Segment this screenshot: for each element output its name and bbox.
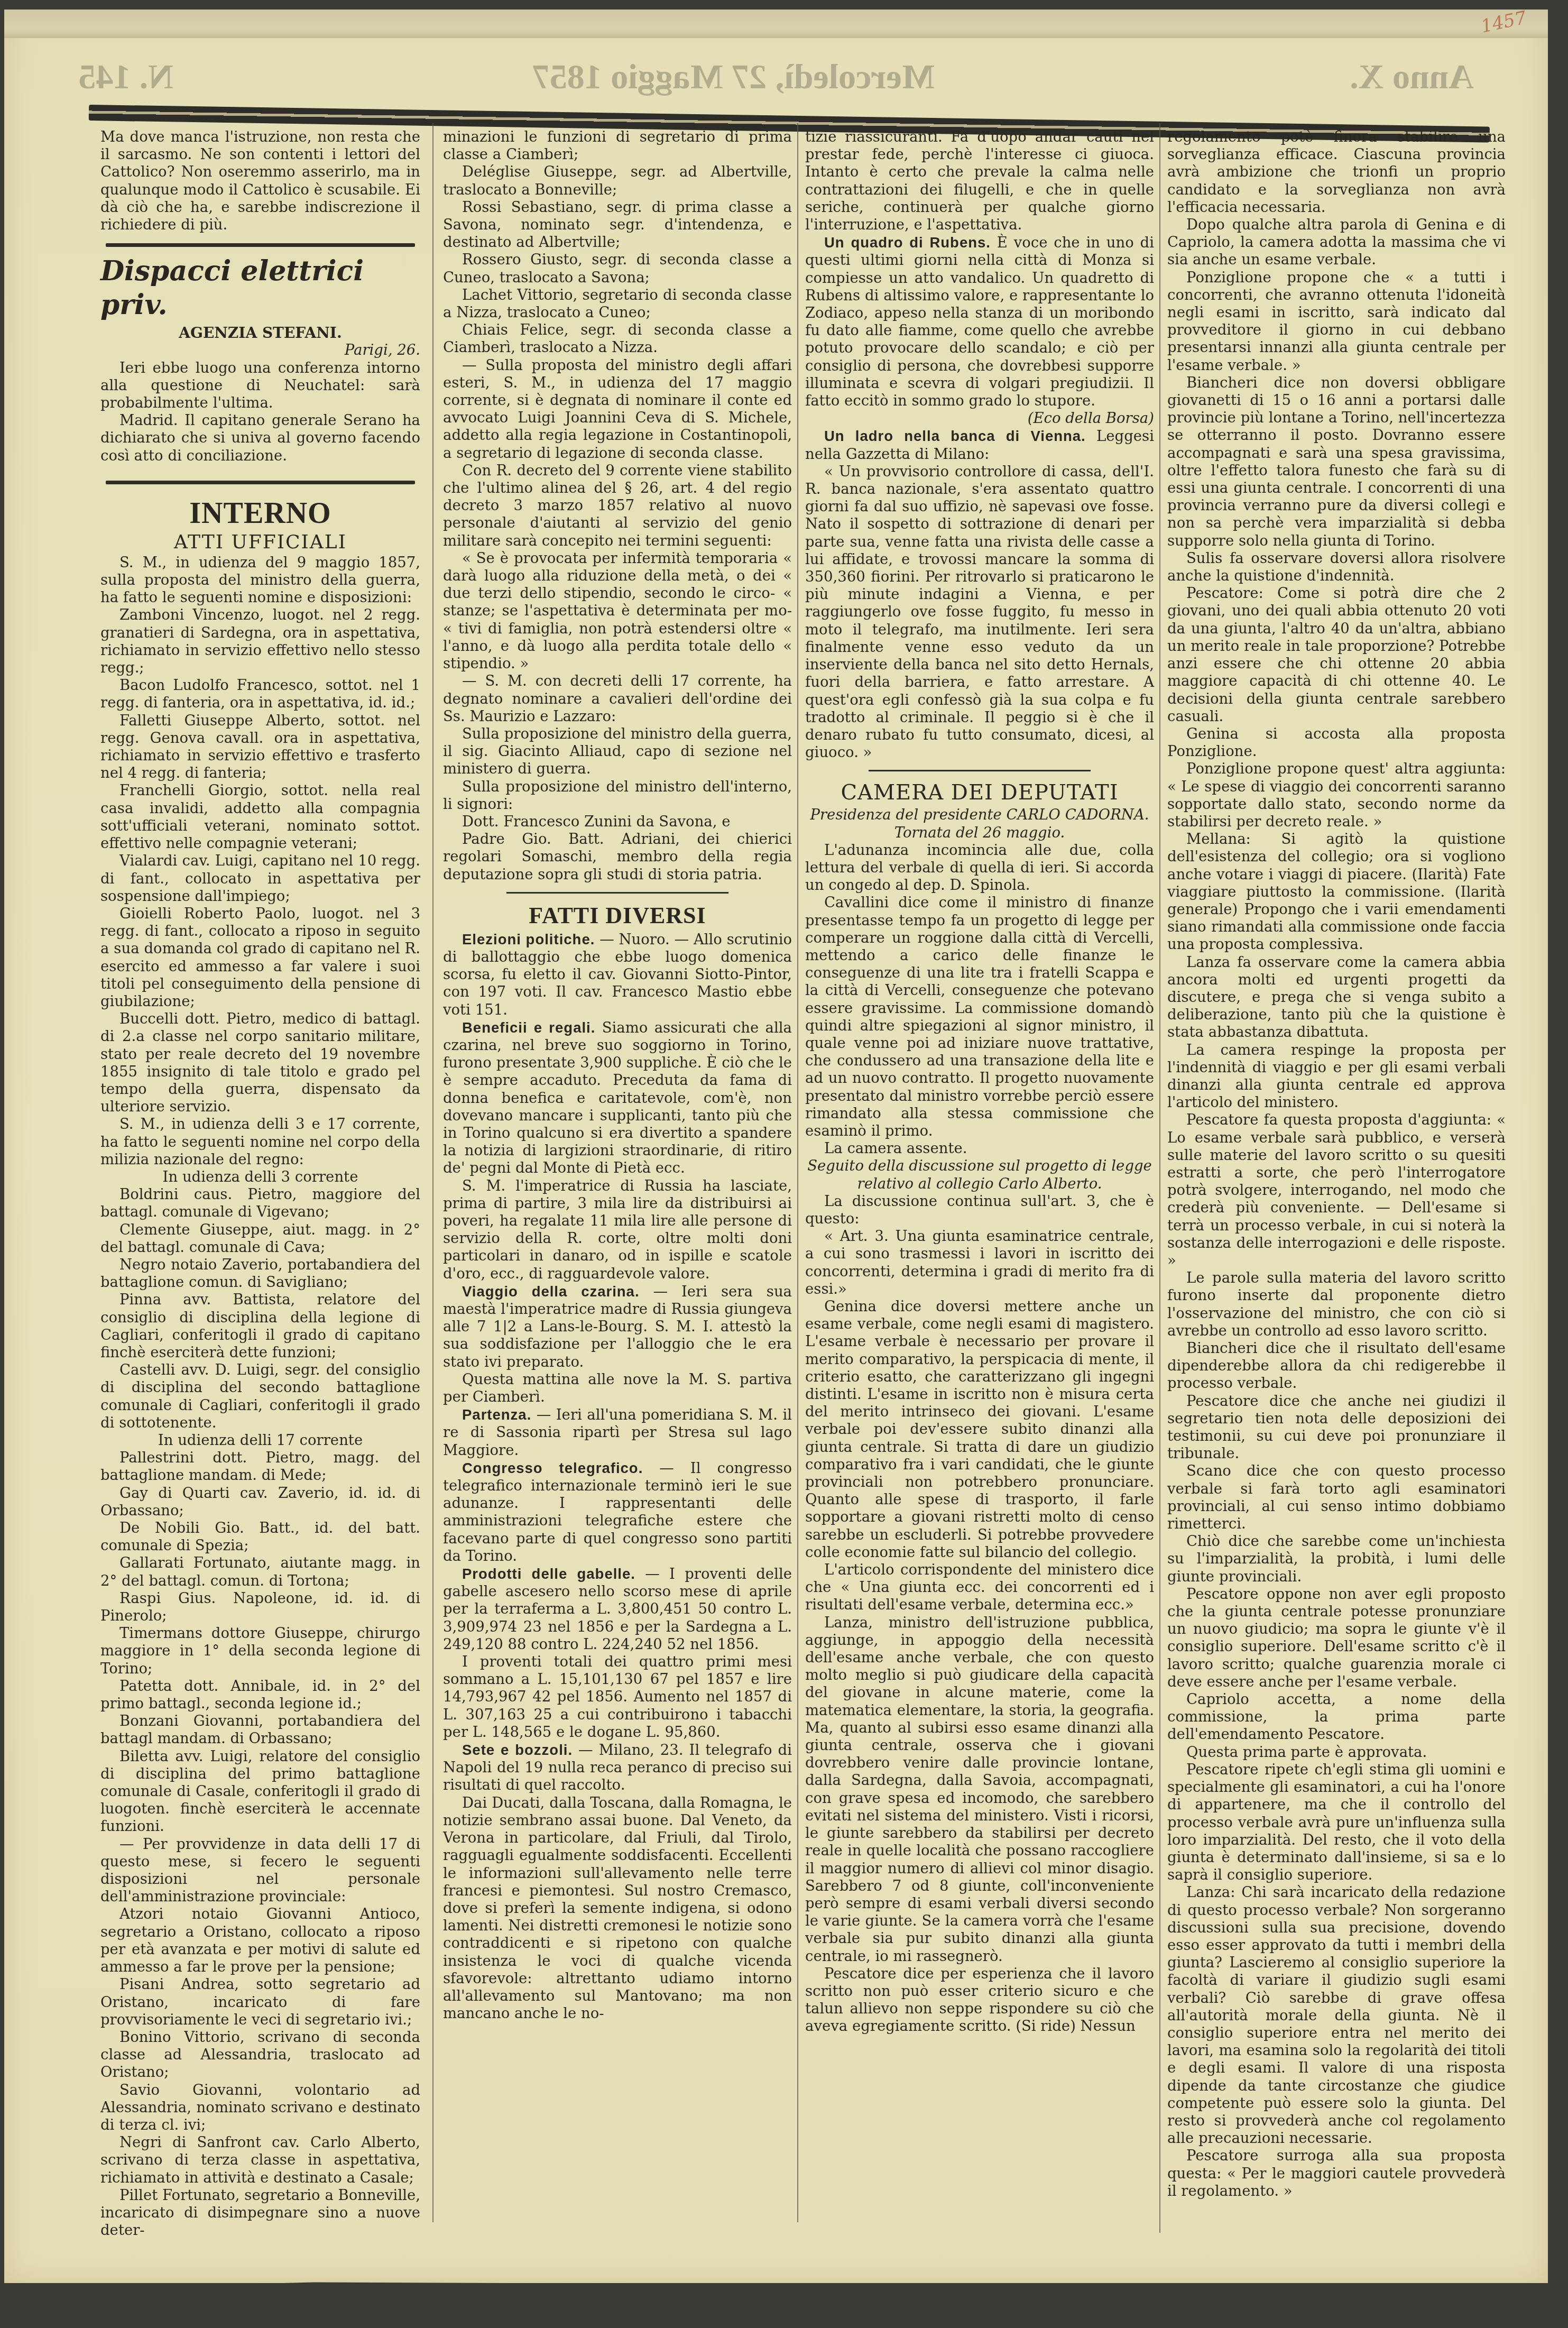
list-item: Atzori notaio Giovanni Antioco, segretar… — [100, 1906, 420, 1976]
paragraph: Biancheri dice non doversi obbligare gio… — [1167, 374, 1506, 550]
news-text: S. M. l'imperatrice di Russia ha lasciat… — [443, 1177, 792, 1282]
list-item: Pinna avv. Battista, relatore del consig… — [100, 1291, 420, 1361]
list-item: Biletta avv. Luigi, relatore del consigl… — [100, 1748, 420, 1836]
paragraph: Vialardi cav. Luigi, capitano nel 10 reg… — [100, 852, 420, 905]
news-rubric: Beneficii e regali. — [462, 1019, 595, 1036]
column-1: Ma dove manca l'istruzione, non resta ch… — [100, 128, 420, 2239]
paragraph: L'articolo corrispondente del ministero … — [805, 1561, 1154, 1614]
list-item: Gallarati Fortunato, aiutante magg. in 2… — [100, 1554, 420, 1589]
news-rubric: Un quadro di Rubens. — [824, 234, 991, 251]
paragraph: Bacon Ludolfo Francesco, sottot. nel 1 r… — [100, 677, 420, 712]
list-item: Raspi Gius. Napoleone, id. id. di Pinero… — [100, 1590, 420, 1625]
news-rubric: Elezioni politiche. — [462, 931, 595, 947]
list-item: Pallestrini dott. Pietro, magg. del batt… — [100, 1449, 420, 1484]
session-line: Tornata del 26 maggio. — [805, 824, 1154, 842]
section-rule — [106, 243, 415, 247]
news-rubric: Partenza. — [462, 1406, 531, 1423]
audience-subhead: In udienza delli 17 corrente — [100, 1432, 420, 1449]
news-item: S. M. l'imperatrice di Russia ha lasciat… — [443, 1177, 792, 1283]
paragraph: Buccelli dott. Pietro, medico di battagl… — [100, 1010, 420, 1116]
news-item: Prodotti delle gabelle. — I proventi del… — [443, 1565, 792, 1653]
news-item: Partenza. — Ieri all'una pomeridiana S. … — [443, 1406, 792, 1459]
list-item: Pisani Andrea, sotto segretario ad Orist… — [100, 1976, 420, 2029]
archive-stamp: 1457 — [1479, 7, 1528, 37]
paragraph: Chiò dice che sarebbe come un'inchiesta … — [1167, 1533, 1506, 1586]
list-item: Gay di Quarti cav. Zaverio, id. id. di O… — [100, 1485, 420, 1520]
news-rubric: Sete e bozzoli. — [462, 1742, 573, 1758]
paragraph: Sulla proposizione del ministro della gu… — [443, 725, 792, 778]
paragraph: Pescatore fa questa proposta d'aggiunta:… — [1167, 1111, 1506, 1269]
section-rule — [106, 481, 415, 484]
paragraph: — Sulla proposta del ministro degli affa… — [443, 357, 792, 462]
list-item: Bonino Vittorio, scrivano di seconda cla… — [100, 2029, 420, 2082]
intro-paragraph: Ma dove manca l'istruzione, non resta ch… — [100, 128, 420, 234]
paragraph: Con R. decreto del 9 corrente viene stab… — [443, 462, 792, 550]
paragraph: Cavallini dice come il ministro di finan… — [805, 894, 1154, 1140]
paragraph: Deléglise Giuseppe, segr. ad Albertville… — [443, 163, 792, 198]
paragraph: Lanza: Chi sarà incaricato della redazio… — [1167, 1884, 1506, 2147]
paragraph: Pescatore dice che anche nei giudizi il … — [1167, 1393, 1506, 1463]
discussion-title: Seguito della discussione sul progetto d… — [805, 1157, 1154, 1192]
list-item: Patetta dott. Annibale, id. in 2° del pr… — [100, 1678, 420, 1713]
paragraph: Le parole sulla materia del lavoro scrit… — [1167, 1269, 1506, 1340]
issue-date: Mercoledì, 27 Maggio 1857 — [532, 57, 935, 97]
news-item: Sete e bozzoli. — Milano, 23. Il telegra… — [443, 1741, 792, 1795]
paragraph: Scano dice che con questo processo verba… — [1167, 1462, 1506, 1533]
column-divider — [797, 123, 798, 2222]
paragraph: Pescatore ripete ch'egli stima gli uomin… — [1167, 1761, 1506, 1884]
issue-year: Anno X. — [1350, 57, 1474, 97]
list-item: De Nobili Gio. Batt., id. del batt. comu… — [100, 1520, 420, 1554]
fatti-diversi-heading: FATTI DIVERSI — [443, 901, 792, 931]
paragraph: Genina dice doversi mettere anche un esa… — [805, 1298, 1154, 1561]
paragraph: minazioni le funzioni di segretario di p… — [443, 128, 792, 163]
section-rule — [869, 770, 1091, 771]
paragraph: La discussione continua sull'art. 3, che… — [805, 1193, 1154, 1228]
agency-name: AGENZIA STEFANI. — [100, 324, 420, 342]
presidency-line: Presidenza del presidente CARLO CADORNA. — [805, 806, 1154, 824]
paragraph: S. M., in udienza del 9 maggio 1857, sul… — [100, 554, 420, 607]
paragraph: La camera respinge la proposta per l'ind… — [1167, 1042, 1506, 1112]
paragraph: — S. M. con decreti delli 17 corrente, h… — [443, 673, 792, 725]
paragraph: Ponziglione propone quest' altra aggiunt… — [1167, 760, 1506, 831]
paragraph: Sulis fa osservare doversi allora risolv… — [1167, 550, 1506, 585]
paragraph: Zamboni Vincenzo, luogot. nel 2 regg. gr… — [100, 606, 420, 677]
paragraph: Dopo qualche altra parola di Genina e di… — [1167, 216, 1506, 269]
paragraph: La camera assente. — [805, 1140, 1154, 1157]
news-item: Viaggio della czarina. — Ieri sera sua m… — [443, 1283, 792, 1371]
news-text: Questa mattina alle nove la M. S. partiv… — [443, 1371, 792, 1405]
news-text: Dai Ducati, dalla Toscana, dalla Romagna… — [443, 1795, 792, 2022]
paragraph: Ponziglione propone che « a tutti i conc… — [1167, 269, 1506, 374]
paragraph: Gioielli Roberto Paolo, luogot. nel 3 re… — [100, 905, 420, 1010]
dispatch-item: Ieri ebbe luogo una conferenza intorno a… — [100, 360, 420, 412]
paragraph: Questa prima parte è approvata. — [1167, 1744, 1506, 1761]
paragraph: Padre Gio. Batt. Adriani, dei chierici r… — [443, 831, 792, 884]
paragraph: Genina si accosta alla proposta Ponzigli… — [1167, 725, 1506, 760]
news-item: Beneficii e regali. Siamo assicurati che… — [443, 1019, 792, 1177]
news-item: Dai Ducati, dalla Toscana, dalla Romagna… — [443, 1795, 792, 2023]
paragraph: L'adunanza incomincia alle due, colla le… — [805, 842, 1154, 895]
atti-ufficiali-heading: ATTI UFFICIALI — [100, 531, 420, 554]
masthead-mirrored: N. 145 Mercoledì, 27 Maggio 1857 Anno X. — [4, 57, 1548, 105]
list-item: Negri di Sanfront cav. Carlo Alberto, sc… — [100, 2134, 420, 2187]
news-text: È voce che in uno di questi ultimi giorn… — [805, 234, 1154, 409]
paragraph: Pescatore: Come si potrà dire che 2 giov… — [1167, 585, 1506, 725]
camera-heading: CAMERA DEI DEPUTATI — [805, 779, 1154, 806]
paragraph: Sulla proposizione del ministro dell'int… — [443, 778, 792, 813]
paragraph: Biancheri dice che il risultato dell'esa… — [1167, 1340, 1506, 1393]
list-item: Timermans dottore Giuseppe, chirurgo mag… — [100, 1625, 420, 1678]
section-rule — [506, 892, 728, 894]
list-item: Bonzani Giovanni, portabandiera del batt… — [100, 1713, 420, 1747]
column-divider — [432, 123, 433, 2222]
top-fold: 1457 — [4, 10, 1548, 38]
paragraph: Lachet Vittorio, segretario di seconda c… — [443, 287, 792, 321]
news-item: Elezioni politiche. — Nuoro. — Allo scru… — [443, 931, 792, 1019]
paragraph: Chiais Felice, segr. di seconda classe a… — [443, 321, 792, 356]
quoted-report: « Un provvisorio controllore di cassa, d… — [805, 463, 1154, 761]
list-item: Clemente Giuseppe, aiut. magg. in 2° del… — [100, 1221, 420, 1256]
list-item: Savio Giovanni, volontario ad Alessandri… — [100, 2082, 420, 2134]
interno-heading: INTERNO — [100, 496, 420, 531]
issue-number: N. 145 — [78, 57, 173, 97]
news-rubric: Prodotti delle gabelle. — [462, 1566, 635, 1582]
news-item: Congresso telegrafico. — Il congresso te… — [443, 1459, 792, 1565]
list-item: Negro notaio Zaverio, portabandiera del … — [100, 1256, 420, 1291]
dispatches-heading: Dispacci elettrici priv. — [100, 254, 420, 322]
news-item: I proventi totali dei quattro primi mesi… — [443, 1653, 792, 1741]
news-source: (Eco della Borsa) — [805, 410, 1154, 427]
paragraph: Dott. Francesco Zunini da Savona, e — [443, 813, 792, 831]
list-item: — Per provvidenze in data delli 17 di qu… — [100, 1836, 420, 1906]
paragraph: Rossi Sebastiano, segr. di prima classe … — [443, 199, 792, 252]
paragraph: Pescatore oppone non aver egli proposto … — [1167, 1586, 1506, 1691]
paragraph: Pescatore dice per esperienza che il lav… — [805, 1965, 1154, 2036]
column-2: minazioni le funzioni di segretario di p… — [443, 128, 792, 2022]
paragraph: Franchelli Giorgio, sottot. nella real c… — [100, 782, 420, 852]
paragraph: S. M., in udienza delli 3 e 17 corrente,… — [100, 1116, 420, 1168]
list-item: Pillet Fortunato, segretario a Bonnevill… — [100, 2187, 420, 2240]
list-item: Boldrini caus. Pietro, maggiore del batt… — [100, 1186, 420, 1221]
column-3: tizie rìassicuranti. Fa d'uopo andar cau… — [805, 128, 1154, 2036]
news-item: Questa mattina alle nove la M. S. partiv… — [443, 1371, 792, 1406]
newspaper-page: 1457 N. 145 Mercoledì, 27 Maggio 1857 An… — [4, 10, 1548, 2283]
list-item: Castelli avv. D. Luigi, segr. del consig… — [100, 1361, 420, 1432]
paragraph: tizie rìassicuranti. Fa d'uopo andar cau… — [805, 128, 1154, 234]
paragraph: Lanza fa osservare come la camera abbia … — [1167, 954, 1506, 1042]
paragraph: Capriolo accetta, a nome della commissio… — [1167, 1691, 1506, 1744]
news-rubric: Viaggio della czarina. — [462, 1283, 640, 1300]
news-text: Siamo assicurati che alla czarina, nel b… — [443, 1019, 792, 1177]
column-4: regolamento potè finora stabilire una so… — [1167, 128, 1506, 2200]
quoted-decree: « Se è provocata per infermità temporari… — [443, 550, 792, 673]
news-item: Un ladro nella banca di Vienna. Leggesi … — [805, 427, 1154, 463]
news-rubric: Un ladro nella banca di Vienna. — [824, 428, 1086, 444]
dispatch-item: Madrid. Il capitano generale Serano ha d… — [100, 412, 420, 465]
audience-subhead: In udienza delli 3 corrente — [100, 1168, 420, 1186]
news-text: I proventi totali dei quattro primi mesi… — [443, 1653, 792, 1741]
paragraph: Rossero Giusto, segr. di seconda classe … — [443, 251, 792, 286]
paragraph: Falletti Giuseppe Alberto, sottot. nel r… — [100, 712, 420, 783]
paragraph: regolamento potè finora stabilire una so… — [1167, 128, 1506, 216]
column-divider — [1159, 123, 1160, 2233]
paragraph: Lanza, ministro dell'istruzione pubblica… — [805, 1614, 1154, 1965]
dispatch-dateline: Parigi, 26. — [100, 342, 420, 359]
news-rubric: Congresso telegrafico. — [462, 1460, 643, 1476]
paragraph: Pescatore surroga alla sua proposta ques… — [1167, 2147, 1506, 2200]
paragraph: Mellana: Si agitò la quistione dell'esis… — [1167, 831, 1506, 953]
news-item: Un quadro di Rubens. È voce che in uno d… — [805, 234, 1154, 410]
paragraph: « Art. 3. Una giunta esaminatrice centra… — [805, 1228, 1154, 1298]
